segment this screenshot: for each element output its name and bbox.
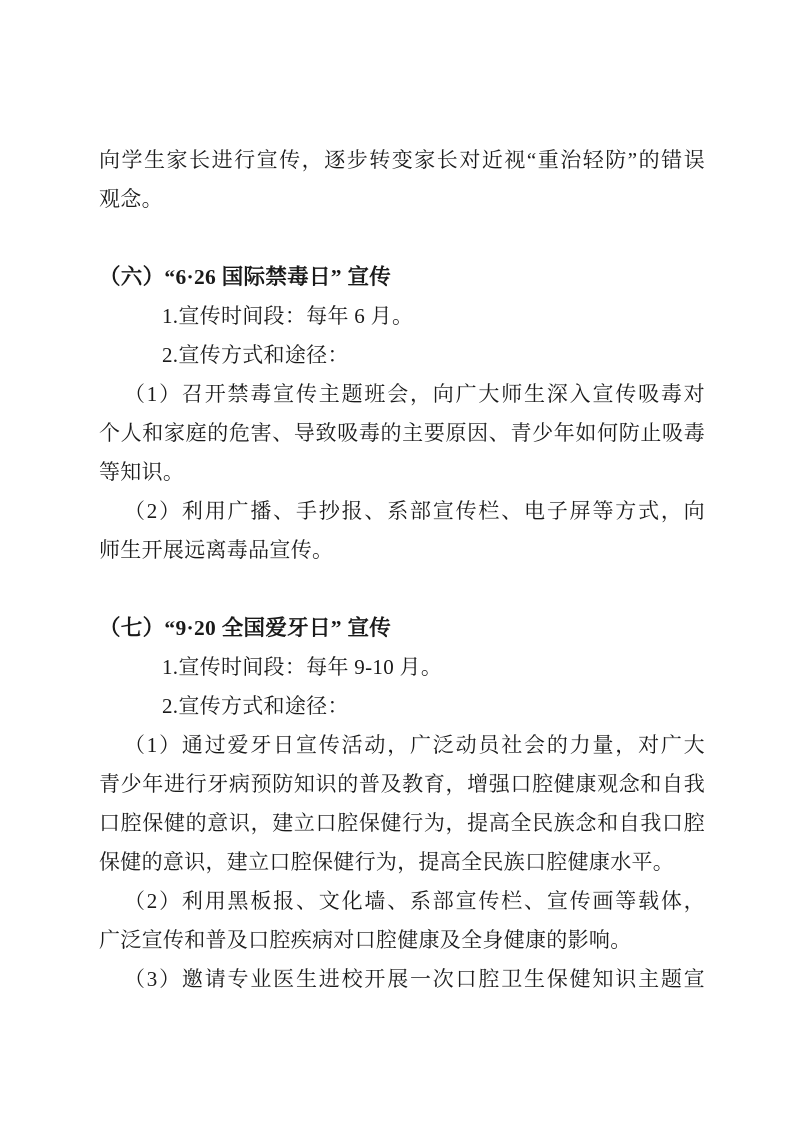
text-line: 1.宣传时间段：每年 6 月。 bbox=[99, 297, 705, 336]
text-line: （2）利用黑板报、文化墙、系部宣传栏、宣传画等载体， bbox=[99, 882, 705, 921]
paragraph: （2）利用广播、手抄报、系部宣传栏、电子屏等方式，向师生开展远离毒品宣传。 bbox=[99, 492, 705, 570]
paragraph: （2）利用黑板报、文化墙、系部宣传栏、宣传画等载体，广泛宣传和普及口腔疾病对口腔… bbox=[99, 882, 705, 960]
paragraph: （3）邀请专业医生进校开展一次口腔卫生保健知识主题宣 bbox=[99, 960, 705, 999]
document-page: 向学生家长进行宣传，逐步转变家长对近视“重治轻防”的错误观念。（六）“6·26 … bbox=[0, 0, 793, 1122]
section-heading: （六）“6·26 国际禁毒日” 宣传 bbox=[99, 258, 705, 297]
heading-text: （六）“6·26 国际禁毒日” 宣传 bbox=[99, 258, 705, 297]
paragraph: 2.宣传方式和途径： bbox=[99, 687, 705, 726]
paragraph: （1）通过爱牙日宣传活动，广泛动员社会的力量，对广大青少年进行牙病预防知识的普及… bbox=[99, 726, 705, 882]
text-line: 2.宣传方式和途径： bbox=[99, 687, 705, 726]
text-line: （2）利用广播、手抄报、系部宣传栏、电子屏等方式，向 bbox=[99, 492, 705, 531]
paragraph: 1.宣传时间段：每年 6 月。 bbox=[99, 297, 705, 336]
paragraph: 向学生家长进行宣传，逐步转变家长对近视“重治轻防”的错误观念。 bbox=[99, 141, 705, 219]
paragraph: 1.宣传时间段：每年 9-10 月。 bbox=[99, 648, 705, 687]
text-line: 广泛宣传和普及口腔疾病对口腔健康及全身健康的影响。 bbox=[99, 921, 705, 960]
text-line: 向学生家长进行宣传，逐步转变家长对近视“重治轻防”的错误 bbox=[99, 141, 705, 180]
paragraph: （1）召开禁毒宣传主题班会，向广大师生深入宣传吸毒对个人和家庭的危害、导致吸毒的… bbox=[99, 375, 705, 492]
heading-text: （七）“9·20 全国爱牙日” 宣传 bbox=[99, 609, 705, 648]
text-line: 1.宣传时间段：每年 9-10 月。 bbox=[99, 648, 705, 687]
text-line: 2.宣传方式和途径： bbox=[99, 336, 705, 375]
text-line: （1）通过爱牙日宣传活动，广泛动员社会的力量，对广大 bbox=[99, 726, 705, 765]
document-body: 向学生家长进行宣传，逐步转变家长对近视“重治轻防”的错误观念。（六）“6·26 … bbox=[99, 0, 705, 999]
paragraph: 2.宣传方式和途径： bbox=[99, 336, 705, 375]
text-line: 口腔保健的意识，建立口腔保健行为，提高全民族念和自我口腔 bbox=[99, 804, 705, 843]
text-line: 个人和家庭的危害、导致吸毒的主要原因、青少年如何防止吸毒 bbox=[99, 414, 705, 453]
section-heading: （七）“9·20 全国爱牙日” 宣传 bbox=[99, 609, 705, 648]
text-line: （1）召开禁毒宣传主题班会，向广大师生深入宣传吸毒对 bbox=[99, 375, 705, 414]
text-line: 师生开展远离毒品宣传。 bbox=[99, 531, 705, 570]
text-line: 保健的意识，建立口腔保健行为，提高全民族口腔健康水平。 bbox=[99, 843, 705, 882]
text-line: 青少年进行牙病预防知识的普及教育，增强口腔健康观念和自我 bbox=[99, 765, 705, 804]
text-line: 观念。 bbox=[99, 180, 705, 219]
text-line: （3）邀请专业医生进校开展一次口腔卫生保健知识主题宣 bbox=[99, 960, 705, 999]
text-line: 等知识。 bbox=[99, 453, 705, 492]
